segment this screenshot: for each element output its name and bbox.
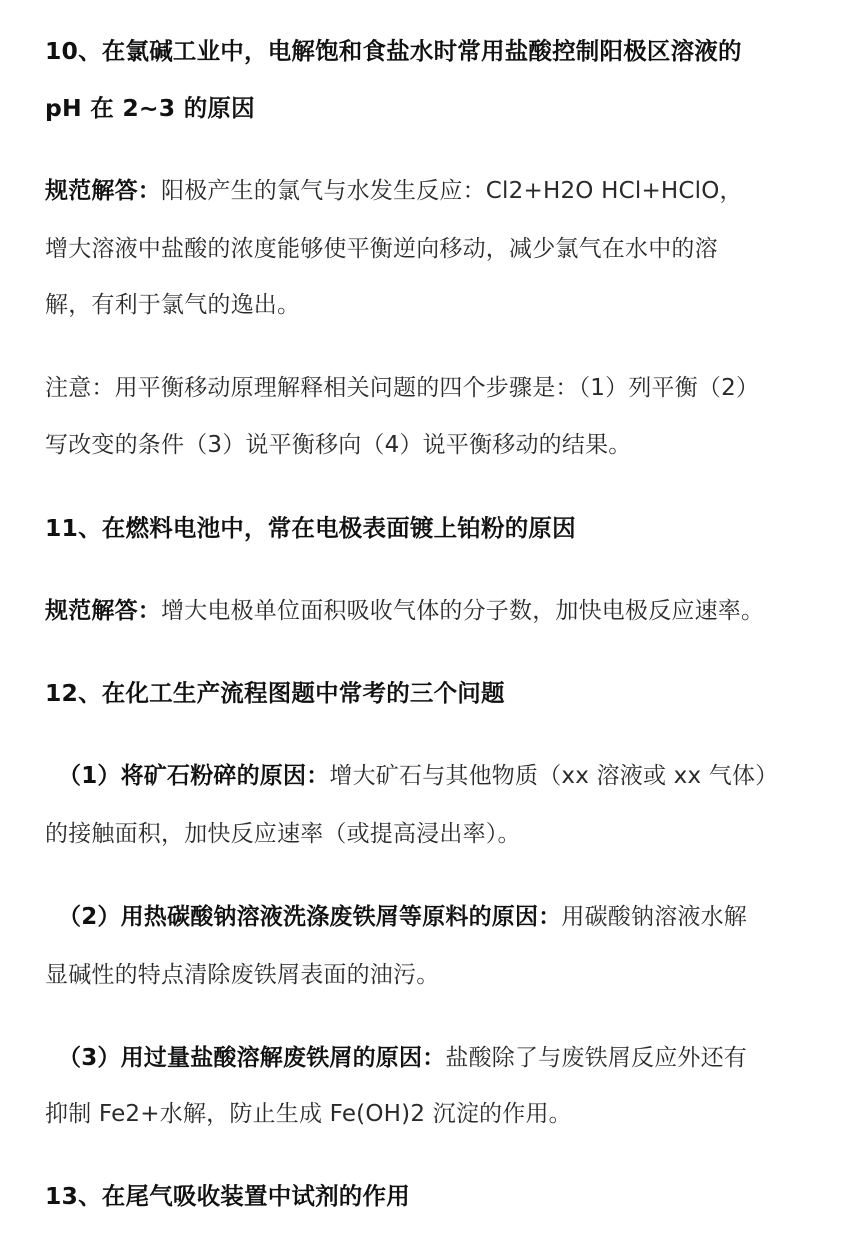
item-2: （2）用热碳酸钠溶液洗涤废铁屑等原料的原因：用碳酸钠溶液水解 (58, 902, 747, 932)
answer-paragraph: 规范解答：阳极产生的氯气与水发生反应：Cl2+H2O HCl+HClO， (45, 176, 743, 206)
answer-label: 规范解答： (45, 178, 161, 204)
item-label: （1）将矿石粉碎的原因： (58, 763, 329, 789)
section-heading: 13、在尾气吸收装置中试剂的作用 (45, 1181, 410, 1211)
item-text: 用碳酸钠溶液水解 (561, 904, 747, 930)
answer-text: 增大电极单位面积吸收气体的分子数，加快电极反应速率。 (161, 598, 764, 624)
item-label: （2）用热碳酸钠溶液洗涤废铁屑等原料的原因： (58, 904, 561, 930)
item-text: 增大矿石与其他物质（xx 溶液或 xx 气体） (329, 763, 778, 789)
section-heading-continued: pH 在 2~3 的原因 (45, 93, 255, 123)
section-heading: 12、在化工生产流程图题中常考的三个问题 (45, 678, 505, 708)
section-heading: 10、在氯碱工业中，电解饱和食盐水时常用盐酸控制阳极区溶液的 (45, 36, 742, 66)
item-text: 盐酸除了与废铁屑反应外还有 (445, 1045, 747, 1071)
answer-label: 规范解答： (45, 598, 161, 624)
section-heading: 11、在燃料电池中，常在电极表面镀上铂粉的原因 (45, 513, 576, 543)
item-1: （1）将矿石粉碎的原因：增大矿石与其他物质（xx 溶液或 xx 气体） (58, 761, 778, 791)
item-3: （3）用过量盐酸溶解废铁屑的原因：盐酸除了与废铁屑反应外还有 (58, 1043, 747, 1073)
note-text: 写改变的条件（3）说平衡移向（4）说平衡移动的结果。 (45, 430, 631, 460)
item-text: 的接触面积，加快反应速率（或提高浸出率）。 (45, 819, 521, 849)
item-text: 抑制 Fe2+水解，防止生成 Fe(OH)2 沉淀的作用。 (45, 1099, 572, 1129)
item-label: （3）用过量盐酸溶解废铁屑的原因： (58, 1045, 445, 1071)
answer-text: 增大溶液中盐酸的浓度能够使平衡逆向移动，减少氯气在水中的溶 (45, 234, 718, 264)
answer-text: 解，有利于氯气的逸出。 (45, 290, 300, 320)
note-text: 注意：用平衡移动原理解释相关问题的四个步骤是：（1）列平衡（2） (45, 373, 759, 403)
answer-text: 阳极产生的氯气与水发生反应：Cl2+H2O HCl+HClO， (161, 178, 743, 204)
answer-paragraph: 规范解答：增大电极单位面积吸收气体的分子数，加快电极反应速率。 (45, 596, 764, 626)
item-text: 显碱性的特点清除废铁屑表面的油污。 (45, 960, 439, 990)
